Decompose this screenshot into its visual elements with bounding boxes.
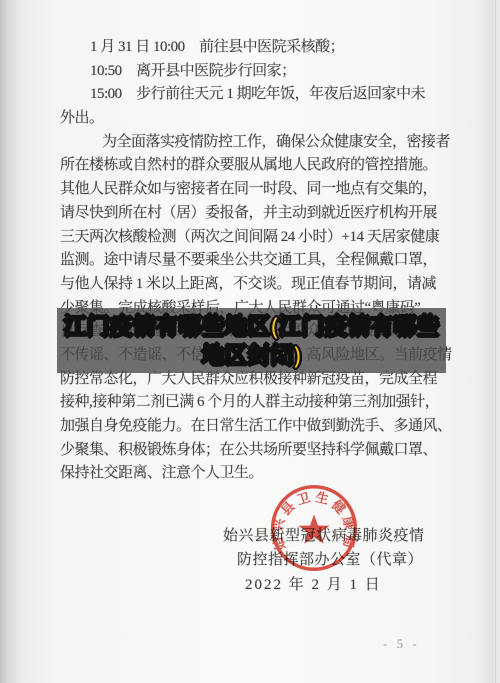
document-line: 加强自身免疫能力。在日常生活工作中做到勤洗手、多通风、 [60,415,448,439]
document-line: 接种,接种第二剂已满 6 个月的人群主动接种第三剂加强针， [60,391,448,415]
official-seal: 始兴县卫生健康局 [266,480,362,576]
document-line: 与他人保持 1 米以上距离，不交谈。现正值春节期间，请减 [60,273,448,297]
overlay-title-banner: 江门疫情有哪些地区(江门疫情有哪些 地区封闭) [57,308,446,373]
document-line: 保持社交距离、注意个人卫生。 [60,462,448,486]
document-line: 10:50 离开县中医院步行回家； [60,60,448,84]
star-icon [298,515,329,544]
document-line: 请尽快到所在村（居）委报备，并主动到就近医疗机构开展 [60,202,448,226]
document-line: 外出。 [60,107,448,131]
document-line: 少聚集、积极锻炼身体；在公共场所要坚持科学佩戴口罩、 [60,439,448,463]
overlay-title-line2: 地区封闭) [202,341,302,370]
document-body: 1 月 31 日 10:00 前往县中医院采核酸； 10:50 离开县中医院步行… [60,36,448,486]
document-line: 1 月 31 日 10:00 前往县中医院采核酸； [60,36,448,60]
page-number: - 5 - [383,636,420,652]
scanned-document-page: 1 月 31 日 10:00 前往县中医院采核酸； 10:50 离开县中医院步行… [0,0,500,683]
document-line: 所在楼栋或自然村的群众要服从属地人民政府的管控措施。 [60,154,448,178]
document-line: 15:00 步行前往天元 1 期吃年饭，年夜后返回家中未 [60,83,448,107]
document-line: 其他人民群众如与密接者在同一时段、同一地点有交集的， [60,178,448,202]
document-line: 三天两次核酸检测（两次之间间隔 24 小时）+14 天居家健康 [60,226,448,250]
overlay-title-line1: 江门疫情有哪些地区(江门疫情有哪些 [64,312,440,341]
document-line: 监测。途中请尽量不要乘坐公共交通工具，全程佩戴口罩， [60,249,448,273]
signature-date: 2022 年 2 月 1 日 [223,573,425,597]
document-line: 为全面落实疫情防控工作，确保公众健康安全，密接者 [60,131,448,155]
page-edge-line [495,0,496,683]
